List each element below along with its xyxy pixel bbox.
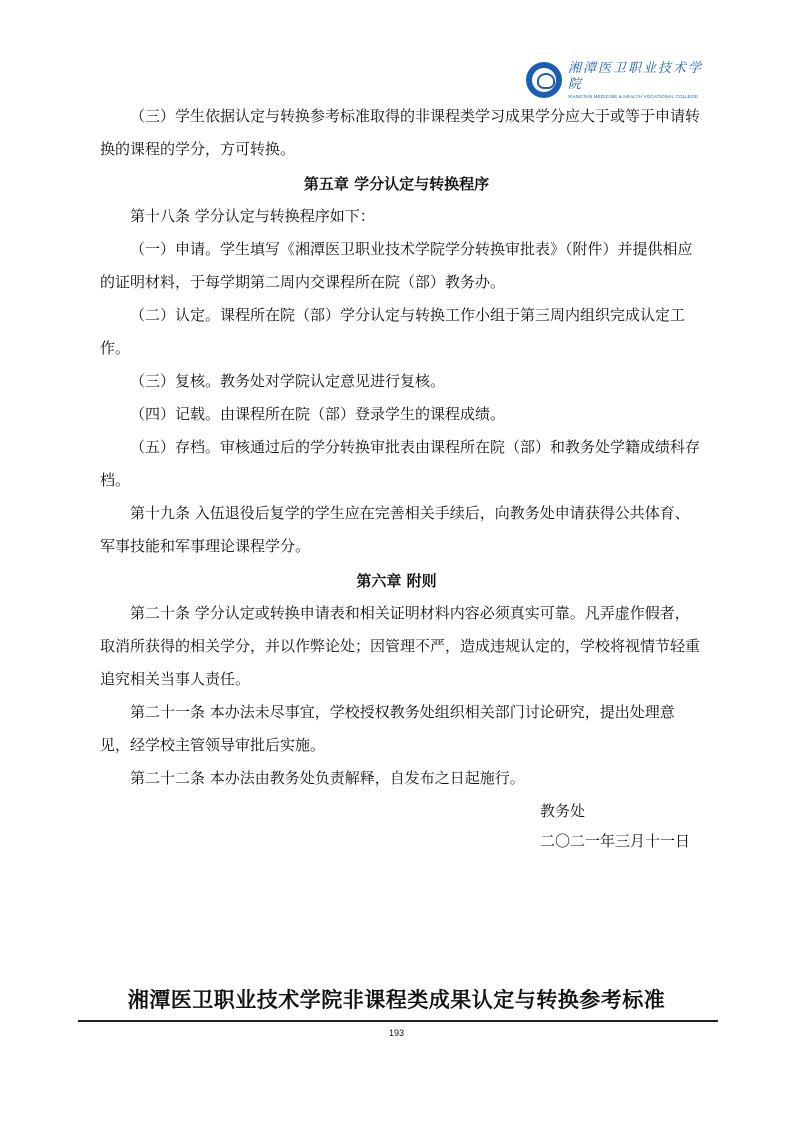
article-19: 第十九条 入伍退役后复学的学生应在完善相关手续后，向教务处申请获得公共体育、军事… — [100, 497, 700, 563]
footer-divider — [78, 1020, 718, 1022]
step-record: （四）记载。由课程所在院（部）登录学生的课程成绩。 — [100, 398, 700, 431]
clause-3-paragraph: （三）学生依据认定与转换参考标准取得的非课程类学习成果学分应大于或等于申请转换的… — [100, 100, 700, 166]
chapter-6-heading: 第六章 附则 — [0, 570, 793, 591]
logo-english-name: XIANGTAN MEDICINE & HEALTH VOCATIONAL CO… — [568, 93, 716, 100]
chapter-5-heading: 第五章 学分认定与转换程序 — [0, 173, 793, 194]
next-section-title: 湘潭医卫职业技术学院非课程类成果认定与转换参考标准 — [0, 984, 793, 1014]
article-18: 第十八条 学分认定与转换程序如下： — [100, 200, 700, 233]
college-emblem-icon — [526, 62, 562, 98]
step-certify: （二）认定。课程所在院（部）学分认定与转换工作小组于第三周内组织完成认定工作。 — [100, 299, 700, 365]
page-number: 193 — [0, 1028, 793, 1038]
article-20: 第二十条 学分认定或转换申请表和相关证明材料内容必须真实可靠。凡弄虚作假者，取消… — [100, 597, 700, 696]
article-21: 第二十一条 本办法未尽事宜，学校授权教务处组织相关部门讨论研究，提出处理意见，经… — [100, 696, 700, 762]
issue-date: 二〇二一年三月十一日 — [540, 830, 690, 851]
step-review: （三）复核。教务处对学院认定意见进行复核。 — [100, 365, 700, 398]
signature-office: 教务处 — [540, 800, 585, 821]
logo-chinese-name: 湘潭医卫职业技术学院 — [568, 61, 716, 93]
college-logo: 湘潭医卫职业技术学院 XIANGTAN MEDICINE & HEALTH VO… — [526, 60, 716, 100]
step-apply: （一）申请。学生填写《湘潭医卫职业技术学院学分转换审批表》（附件）并提供相应的证… — [100, 233, 700, 299]
step-archive: （五）存档。审核通过后的学分转换审批表由课程所在院（部）和教务处学籍成绩科存档。 — [100, 431, 700, 497]
article-22: 第二十二条 本办法由教务处负责解释，自发布之日起施行。 — [100, 762, 700, 795]
